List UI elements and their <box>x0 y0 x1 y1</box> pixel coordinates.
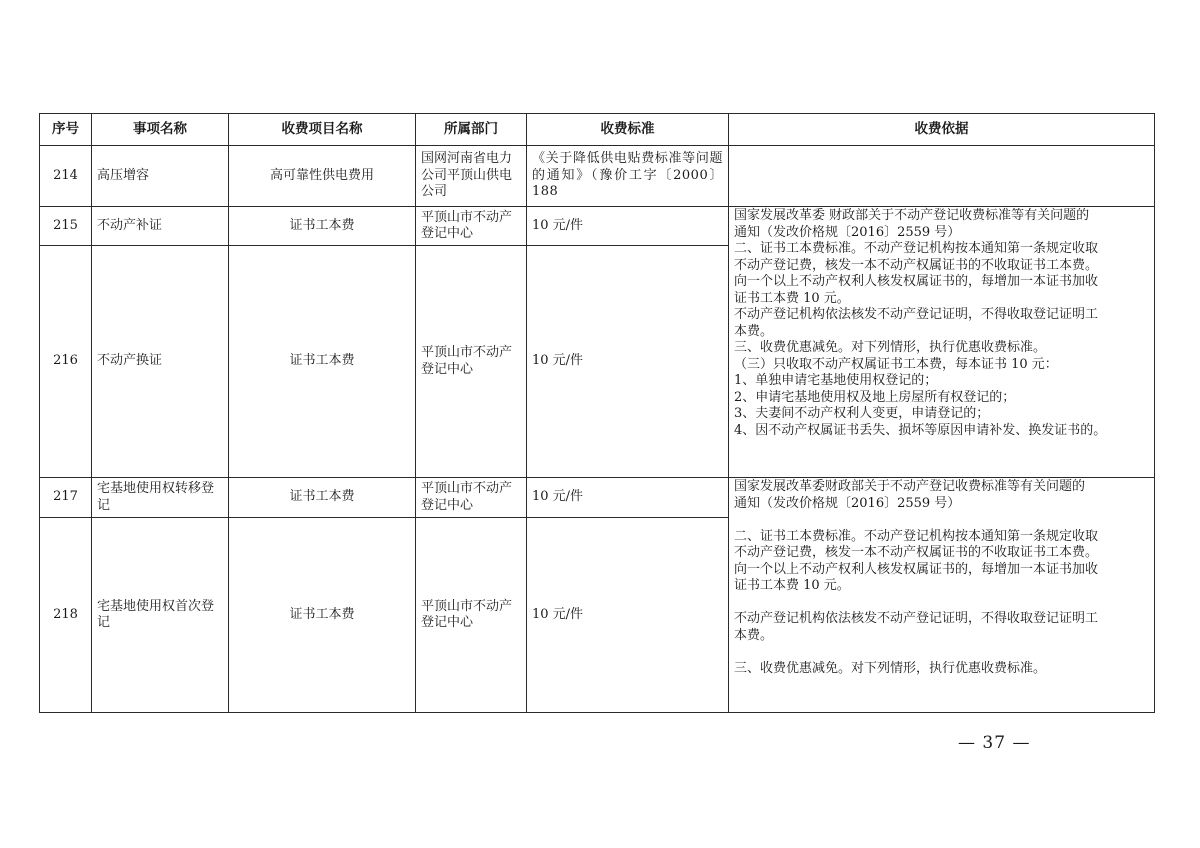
header-fee-standard: 收费标准 <box>527 114 729 146</box>
blank-line <box>734 595 1149 612</box>
basis-line: 证书工本费 10 元。 <box>734 578 1149 595</box>
cell-no: 215 <box>40 207 92 246</box>
header-fee-item-name: 收费项目名称 <box>229 114 416 146</box>
cell-item-name: 不动产换证 <box>92 246 229 478</box>
page-number: — 37 — <box>958 733 1030 753</box>
basis-line: 向一个以上不动产权利人核发权属证书的，每增加一本证书加收 <box>734 274 1149 291</box>
document-page: 序号 事项名称 收费项目名称 所属部门 收费标准 收费依据 214 高压增容 高… <box>0 0 1200 848</box>
basis-line: 1、单独申请宅基地使用权登记的； <box>734 373 1149 390</box>
blank-line <box>734 512 1149 529</box>
basis-line: 通知（发改价格规〔2016〕2559 号） <box>734 496 1149 513</box>
cell-fee-basis-merged: 国家发展改革委财政部关于不动产登记收费标准等有关问题的 通知（发改价格规〔201… <box>729 478 1155 713</box>
header-item-name: 事项名称 <box>92 114 229 146</box>
table-header-row: 序号 事项名称 收费项目名称 所属部门 收费标准 收费依据 <box>40 114 1155 146</box>
cell-fee-basis-merged: 国家发展改革委 财政部关于不动产登记收费标准等有关问题的 通知（发改价格规〔20… <box>729 207 1155 478</box>
cell-department: 平顶山市不动产登记中心 <box>416 207 527 246</box>
cell-item-name: 高压增容 <box>92 146 229 207</box>
cell-fee-item-name: 证书工本费 <box>229 518 416 713</box>
header-fee-basis: 收费依据 <box>729 114 1155 146</box>
cell-item-name: 宅基地使用权转移登记 <box>92 478 229 518</box>
cell-item-name: 宅基地使用权首次登记 <box>92 518 229 713</box>
table-row: 214 高压增容 高可靠性供电费用 国网河南省电力公司平顶山供电公司 《关于降低… <box>40 146 1155 207</box>
cell-fee-standard: 10 元/件 <box>527 478 729 518</box>
table-row: 217 宅基地使用权转移登记 证书工本费 平顶山市不动产登记中心 10 元/件 … <box>40 478 1155 518</box>
cell-no: 217 <box>40 478 92 518</box>
table-row: 215 不动产补证 证书工本费 平顶山市不动产登记中心 10 元/件 国家发展改… <box>40 207 1155 246</box>
basis-line: 二、证书工本费标准。不动产登记机构按本通知第一条规定收取 <box>734 241 1149 258</box>
basis-line: 通知（发改价格规〔2016〕2559 号） <box>734 225 1149 242</box>
basis-line: 向一个以上不动产权利人核发权属证书的，每增加一本证书加收 <box>734 562 1149 579</box>
header-no: 序号 <box>40 114 92 146</box>
cell-no: 214 <box>40 146 92 207</box>
cell-department: 平顶山市不动产登记中心 <box>416 478 527 518</box>
basis-line: 不动产登记机构依法核发不动产登记证明，不得收取登记证明工 <box>734 611 1149 628</box>
basis-line: 国家发展改革委 财政部关于不动产登记收费标准等有关问题的 <box>734 208 1149 225</box>
basis-line: （三）只收取不动产权属证书工本费，每本证书 10 元： <box>734 357 1149 374</box>
cell-fee-standard: 10 元/件 <box>527 207 729 246</box>
basis-line: 不动产登记费，核发一本不动产权属证书的不收取证书工本费。 <box>734 258 1149 275</box>
cell-fee-basis <box>729 146 1155 207</box>
header-department: 所属部门 <box>416 114 527 146</box>
cell-fee-standard: 10 元/件 <box>527 518 729 713</box>
basis-line: 4、因不动产权属证书丢失、损坏等原因申请补发、换发证书的。 <box>734 423 1149 440</box>
basis-line: 3、夫妻间不动产权利人变更，申请登记的； <box>734 406 1149 423</box>
cell-fee-standard: 《关于降低供电贴费标准等问题的通知》（豫价工字〔2000〕188 <box>527 146 729 207</box>
basis-line: 本费。 <box>734 628 1149 645</box>
cell-department: 国网河南省电力公司平顶山供电公司 <box>416 146 527 207</box>
cell-department: 平顶山市不动产登记中心 <box>416 246 527 478</box>
cell-item-name: 不动产补证 <box>92 207 229 246</box>
basis-line: 国家发展改革委财政部关于不动产登记收费标准等有关问题的 <box>734 479 1149 496</box>
basis-line: 二、证书工本费标准。不动产登记机构按本通知第一条规定收取 <box>734 529 1149 546</box>
cell-no: 218 <box>40 518 92 713</box>
basis-line: 三、收费优惠减免。对下列情形，执行优惠收费标准。 <box>734 661 1149 678</box>
basis-line: 三、收费优惠减免。对下列情形，执行优惠收费标准。 <box>734 340 1149 357</box>
cell-department: 平顶山市不动产登记中心 <box>416 518 527 713</box>
basis-line: 2、申请宅基地使用权及地上房屋所有权登记的； <box>734 390 1149 407</box>
basis-line: 不动产登记机构依法核发不动产登记证明，不得收取登记证明工 <box>734 307 1149 324</box>
basis-line: 本费。 <box>734 324 1149 341</box>
cell-fee-item-name: 高可靠性供电费用 <box>229 146 416 207</box>
basis-line: 不动产登记费，核发一本不动产权属证书的不收取证书工本费。 <box>734 545 1149 562</box>
fee-table: 序号 事项名称 收费项目名称 所属部门 收费标准 收费依据 214 高压增容 高… <box>39 113 1155 713</box>
cell-fee-item-name: 证书工本费 <box>229 207 416 246</box>
cell-fee-item-name: 证书工本费 <box>229 246 416 478</box>
cell-no: 216 <box>40 246 92 478</box>
blank-line <box>734 644 1149 661</box>
cell-fee-item-name: 证书工本费 <box>229 478 416 518</box>
basis-line: 证书工本费 10 元。 <box>734 291 1149 308</box>
cell-fee-standard: 10 元/件 <box>527 246 729 478</box>
